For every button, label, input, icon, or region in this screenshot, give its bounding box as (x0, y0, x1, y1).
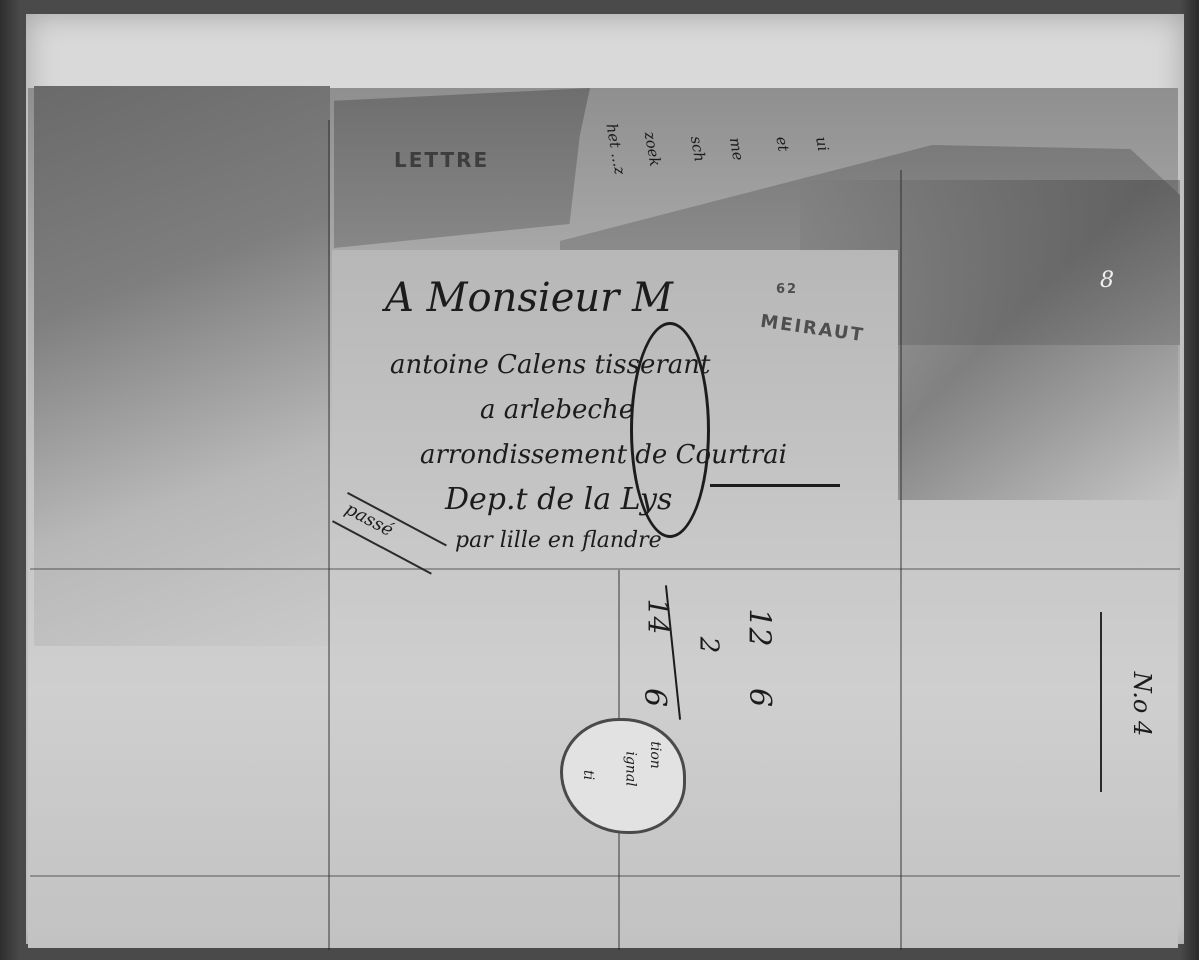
seal-text: ti (580, 770, 596, 780)
edge-mark: 8 (1100, 268, 1114, 293)
inner-fragment: et (772, 135, 792, 153)
side-bracket (1100, 612, 1102, 792)
left-flap (34, 86, 330, 646)
calc-b-1: 12 (742, 608, 777, 646)
calc-b-3: 6 (742, 688, 777, 707)
address-line-1: A Monsieur M (385, 275, 673, 321)
fold-line (900, 170, 902, 950)
address-line-3: a arlebeche (480, 395, 634, 425)
postmark-number: 62 (776, 282, 798, 297)
address-line-4: arrondissement de Courtrai (420, 440, 787, 470)
seal-text: tion (647, 741, 663, 769)
inner-fragment: me (726, 136, 748, 162)
inner-fragment: ui (812, 135, 832, 152)
middle-flap: LETTRE (334, 88, 590, 248)
underline (710, 484, 840, 487)
calc-a-2: 6 (637, 688, 672, 707)
fold-line (328, 120, 330, 950)
fold-line (30, 568, 1180, 570)
calc-b-2: 2 (693, 637, 723, 654)
flap-stamp: LETTRE (394, 148, 489, 172)
fold-line (30, 875, 1180, 877)
address-line-6: par lille en flandre (455, 528, 662, 553)
side-note: N.o 4 (1128, 672, 1156, 736)
seal-text: ignal (623, 751, 639, 786)
